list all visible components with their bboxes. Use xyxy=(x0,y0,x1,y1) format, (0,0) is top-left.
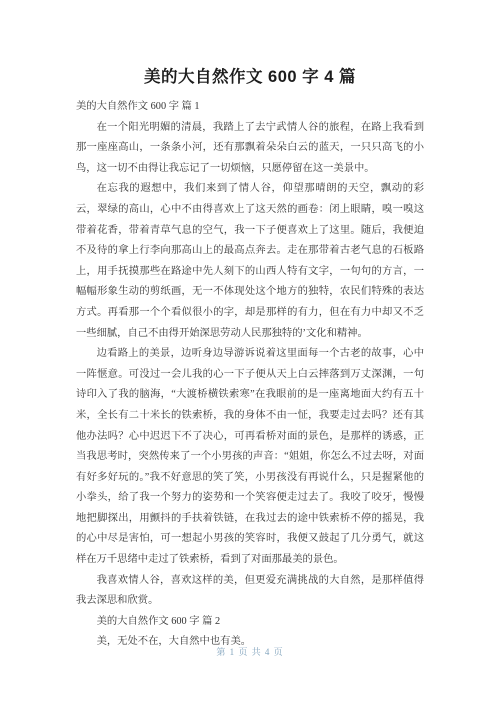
document-body: 美的大自然作文 600 字 篇 1 在一个阳光明媚的清晨，我踏上了去宁武情人谷的… xyxy=(76,97,424,653)
page-number-indicator: 第 1 页 共 4 页 xyxy=(216,647,283,657)
page-footer: 第 1 页 共 4 页 xyxy=(0,642,500,660)
section-heading-part-2: 美的大自然作文 600 字 篇 2 xyxy=(76,612,424,633)
paragraph: 在一个阳光明媚的清晨，我踏上了去宁武情人谷的旅程，在路上我看到那一座座高山，一条… xyxy=(76,118,424,180)
document-title: 美的大自然作文 600 字 4 篇 xyxy=(0,0,500,88)
paragraph: 我喜欢情人谷，喜欢这样的美，但更爱充满挑战的大自然，是那样值得我去深思和欣赏。 xyxy=(76,571,424,612)
paragraph: 边看路上的美景，边听身边导游诉说着这里面每一个古老的故事，心中一阵惬意。可没过一… xyxy=(76,344,424,571)
section-heading-part-1: 美的大自然作文 600 字 篇 1 xyxy=(76,97,424,118)
paragraph: 在忘我的遐想中，我们来到了情人谷，仰望那晴朗的天空，飘动的彩云，翠绿的高山，心中… xyxy=(76,179,424,344)
document-page: 美的大自然作文 600 字 4 篇 美的大自然作文 600 字 篇 1 在一个阳… xyxy=(0,0,500,707)
